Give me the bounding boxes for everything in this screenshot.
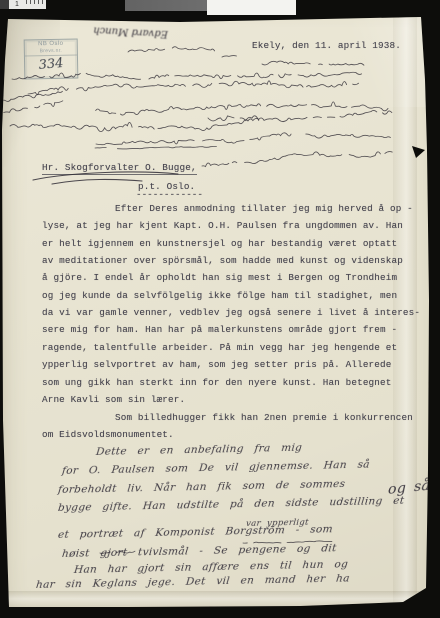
handwriting-line: bygge gifte. Han udstilte på den sidste … [57,495,405,514]
handwriting-line: for O. Paulsen som De vil gjennemse. Han… [61,459,370,477]
paper-shadow-topright [330,17,430,107]
handwriting-scrawl [10,110,392,132]
stamp-number: 334 [24,54,77,76]
body-line: om Eidsvoldsmonumentet. [42,429,174,440]
calibration-gray-chip [125,0,207,11]
calibration-ruler-chip: 1 [0,0,46,9]
handwriting-scrawl [96,130,391,147]
letter-paper: NB Oslo Brevs.nr. 334 Edvard Munch Ekely… [0,0,440,618]
ruler-ticks [26,0,44,4]
ruler-digit: 1 [15,0,19,9]
scanned-letter-page: 1 NB Oslo Brevs.nr. 334 Edvard Munch Eke… [0,0,440,618]
body-line: som ung gikk han sterkt inn for den nyer… [42,377,391,388]
body-line: sere mig for ham. Han har på malerkunste… [42,324,397,335]
body-line: ypperlig selvportret av ham, som jeg set… [42,359,391,370]
handwriting-scrawl [128,45,220,54]
handwriting-line: et portræt af Komponist Borgström - som [57,523,333,541]
body-line: Efter Deres anmodning tillater jeg mig h… [42,203,413,214]
body-line: ragende, talentfulle arbeider. På min ve… [42,342,397,353]
body-line: Arne Kavli som sin lærer. [42,394,185,405]
calibration-white-chip [207,0,296,15]
dateline: Ekely, den 11. april 1938. [252,40,401,51]
recipient-name: Hr. Skogforvalter O. Bugge, [42,162,197,175]
handwriting-line: Dette er en anbefaling fra mig [95,442,302,458]
body-line: da vi var gamle venner, vedblev jeg også… [42,307,420,318]
body-line: av meditationer over spörsmål, som hadde… [42,255,403,266]
handwriting-scrawl [222,56,237,57]
body-line: å gjöre. I endel år opholdt han sig mest… [42,272,397,283]
handwriting-underline [52,179,142,184]
inverted-signature: Edvard Munch [82,24,168,39]
handwriting-scrawl [28,80,359,95]
recipient-underline-dashes: ------------ [136,189,203,200]
ruler-block [0,0,9,9]
handwriting-scrawl [202,149,400,167]
handwriting-scrawl [95,146,217,150]
archive-stamp: NB Oslo Brevs.nr. 334 [24,39,79,80]
body-line: er helt igjennem en kunstnersjel og har … [42,238,397,249]
body-line: Som billedhugger fikk han 2nen premie i … [42,412,413,423]
body-line: og jeg kunde da selvfölgelig ikke fölge … [42,290,397,301]
handwriting-scrawl [208,115,259,122]
paper-fold-bottom [8,591,428,608]
handwriting-line: høist gjort tvivlsmål - Se pengene og di… [61,542,337,560]
handwriting-line: forbeholdt liv. Når han fik som de somme… [57,478,346,496]
body-line: lyse, at jeg har kjent Kapt. O.H. Paulse… [42,220,403,231]
